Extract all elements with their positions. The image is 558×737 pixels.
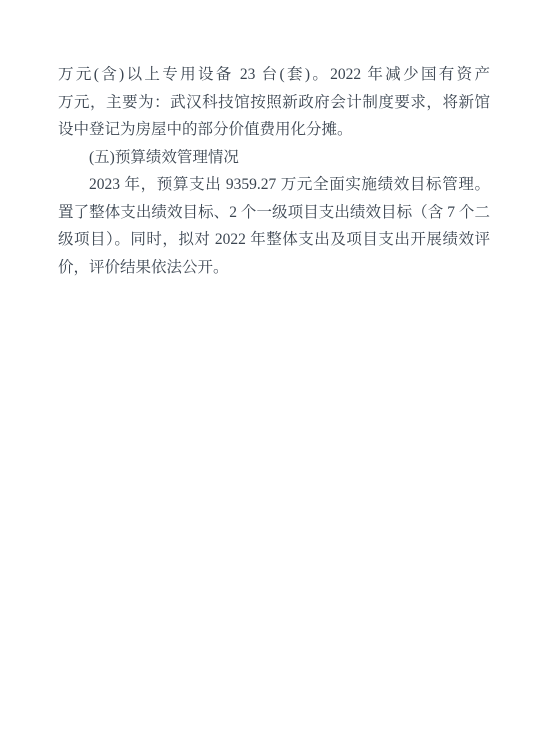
document-text-block: 万元(含)以上专用设备 23 台(套)。2022 年减少国有资产 14196.2…: [58, 61, 490, 281]
body-line: 设中登记为房屋中的部分价值费用化分摊。: [58, 116, 490, 144]
body-line: 万元，主要为：武汉科技馆按照新政府会计制度要求，将新馆建: [58, 89, 490, 117]
document-page: 万元(含)以上专用设备 23 台(套)。2022 年减少国有资产 14196.2…: [0, 0, 558, 737]
body-line: 价，评价结果依法公开。: [58, 254, 490, 282]
body-line: 级项目）。同时，拟对 2022 年整体支出及项目支出开展绩效评: [58, 226, 490, 254]
body-line: 2023 年，预算支出 9359.27 万元全面实施绩效目标管理。设: [58, 171, 490, 199]
section-heading: (五)预算绩效管理情况: [58, 144, 490, 172]
body-line: 置了整体支出绩效目标、2 个一级项目支出绩效目标（含 7 个二: [58, 199, 490, 227]
body-line: 万元(含)以上专用设备 23 台(套)。2022 年减少国有资产 14196.2…: [58, 61, 490, 89]
